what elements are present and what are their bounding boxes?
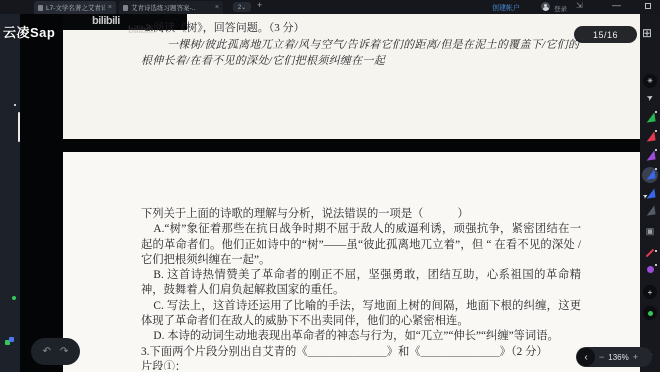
pen-tool-blue-pointer[interactable]: ➤ — [640, 189, 660, 198]
question3: 3.下面两个片段分别出自艾青的《＿＿＿＿＿＿＿》和《＿＿＿＿＿＿＿》（2 分） — [141, 345, 581, 360]
avatar[interactable] — [541, 2, 550, 11]
option-d: D. 本诗的动词生动地表现出革命者的神态与行为，如“兀立”“伸长”“纠缠”等词语… — [141, 329, 581, 344]
tab-document-2[interactable]: 艾青诗选练习题答案-.. × — [119, 1, 223, 14]
zoom-level: 136% — [608, 353, 628, 362]
option-c: C. 写法上，这首诗还运用了比喻的手法，写地面上树的间隔，地面下根的纠缠，这更体… — [141, 299, 581, 330]
question-text-block: 下列关于上面的诗歌的理解与分析，说法错误的一项是（ ） A.“树”象征着那些在抗… — [141, 207, 581, 370]
palette-icon-blue — [9, 337, 14, 342]
option-a: A.“树”象征着那些在抗日战争时期不屈于敌人的威逼利诱，顽强抗争，紧密团结在一起… — [141, 222, 581, 268]
question2-title: 2.阅读《树》，回答问题。（3 分） — [145, 19, 305, 35]
left-toolbar — [0, 14, 20, 372]
bilibili-watermark: bilibili — [92, 15, 120, 27]
uploader-watermark: 云凌Sap — [3, 22, 55, 41]
zoom-out-button[interactable]: − — [599, 352, 604, 362]
tab-document-1[interactable]: L7-文学名著之艾青诗选_ × — [34, 1, 116, 14]
question-stem: 下列关于上面的诗歌的理解与分析，说法错误的一项是（ ） — [141, 207, 581, 222]
tab-label: 艾青诗选练习题答案-.. — [131, 3, 195, 12]
fullscreen-icon[interactable]: ⇲ — [576, 1, 583, 10]
close-icon[interactable]: × — [215, 4, 219, 11]
poem-line-2: 根伸长着/在看不见的深处/它们把根须纠缠在一起 — [141, 52, 385, 68]
fragment-label: 片段①： — [141, 360, 581, 370]
collapse-icon[interactable]: ‹ — [577, 348, 595, 366]
image-tool[interactable]: ▣ — [640, 226, 660, 237]
undo-icon[interactable]: ↶ — [43, 346, 51, 357]
zoom-in-button[interactable]: + — [633, 352, 638, 362]
pen-tool-green[interactable] — [640, 113, 660, 122]
app-window: L7-文学名著之艾青诗选_ × 艾青诗选练习题答案-.. × 2⌄ + 创建帐户… — [0, 0, 660, 372]
pen-tool-red[interactable] — [640, 132, 660, 141]
option-b: B. 这首诗热情赞美了革命者的刚正不屈，坚强勇敢，团结互助，心系祖国的革命精神，… — [141, 268, 581, 299]
zoom-control: ‹ − 136% + — [576, 347, 652, 367]
dot-tool-purple[interactable] — [640, 266, 660, 273]
document-favicon — [123, 5, 128, 11]
poem-line-1: 一棵树/彼此孤离地兀立着/风与空气/告诉着它们的距离/但是在泥土的覆盖下/它们的 — [167, 36, 579, 52]
bilibili-watermark-ghost: bilibili — [128, 25, 153, 36]
document-favicon — [38, 5, 43, 11]
pen-tool-dark[interactable] — [640, 206, 660, 215]
grid-view-icon[interactable]: ⊞ — [642, 26, 652, 40]
close-icon[interactable]: × — [108, 4, 112, 11]
maximize-button[interactable] — [645, 3, 651, 9]
cloud-status-dot — [12, 296, 16, 300]
scroll-indicator — [18, 112, 20, 142]
pen-tool-blue-selected[interactable] — [640, 170, 660, 179]
tab-bar: L7-文学名著之艾青诗选_ × 艾青诗选练习题答案-.. × 2⌄ + 创建帐户… — [0, 0, 660, 14]
undo-redo-pill: ↶ ↷ — [31, 338, 80, 365]
add-tool-button[interactable]: + — [640, 285, 660, 299]
status-tool-button[interactable] — [640, 306, 660, 320]
eraser-tool[interactable]: ✳ — [640, 74, 660, 88]
login-button[interactable]: 登录 — [554, 4, 567, 13]
new-tab-button[interactable]: + — [257, 0, 262, 10]
tab-count-dropdown[interactable]: 2⌄ — [233, 2, 251, 12]
redo-icon[interactable]: ↷ — [60, 346, 68, 357]
notes-badge — [14, 104, 16, 106]
page-indicator: 15/16 — [574, 26, 637, 43]
minimize-button[interactable]: — — [612, 0, 621, 10]
pen-tool-purple[interactable] — [640, 151, 660, 160]
line-tool-red[interactable] — [640, 252, 660, 254]
tab-label: L7-文学名著之艾青诗选_ — [46, 3, 105, 12]
create-account-link[interactable]: 创建帐户 — [492, 3, 520, 13]
